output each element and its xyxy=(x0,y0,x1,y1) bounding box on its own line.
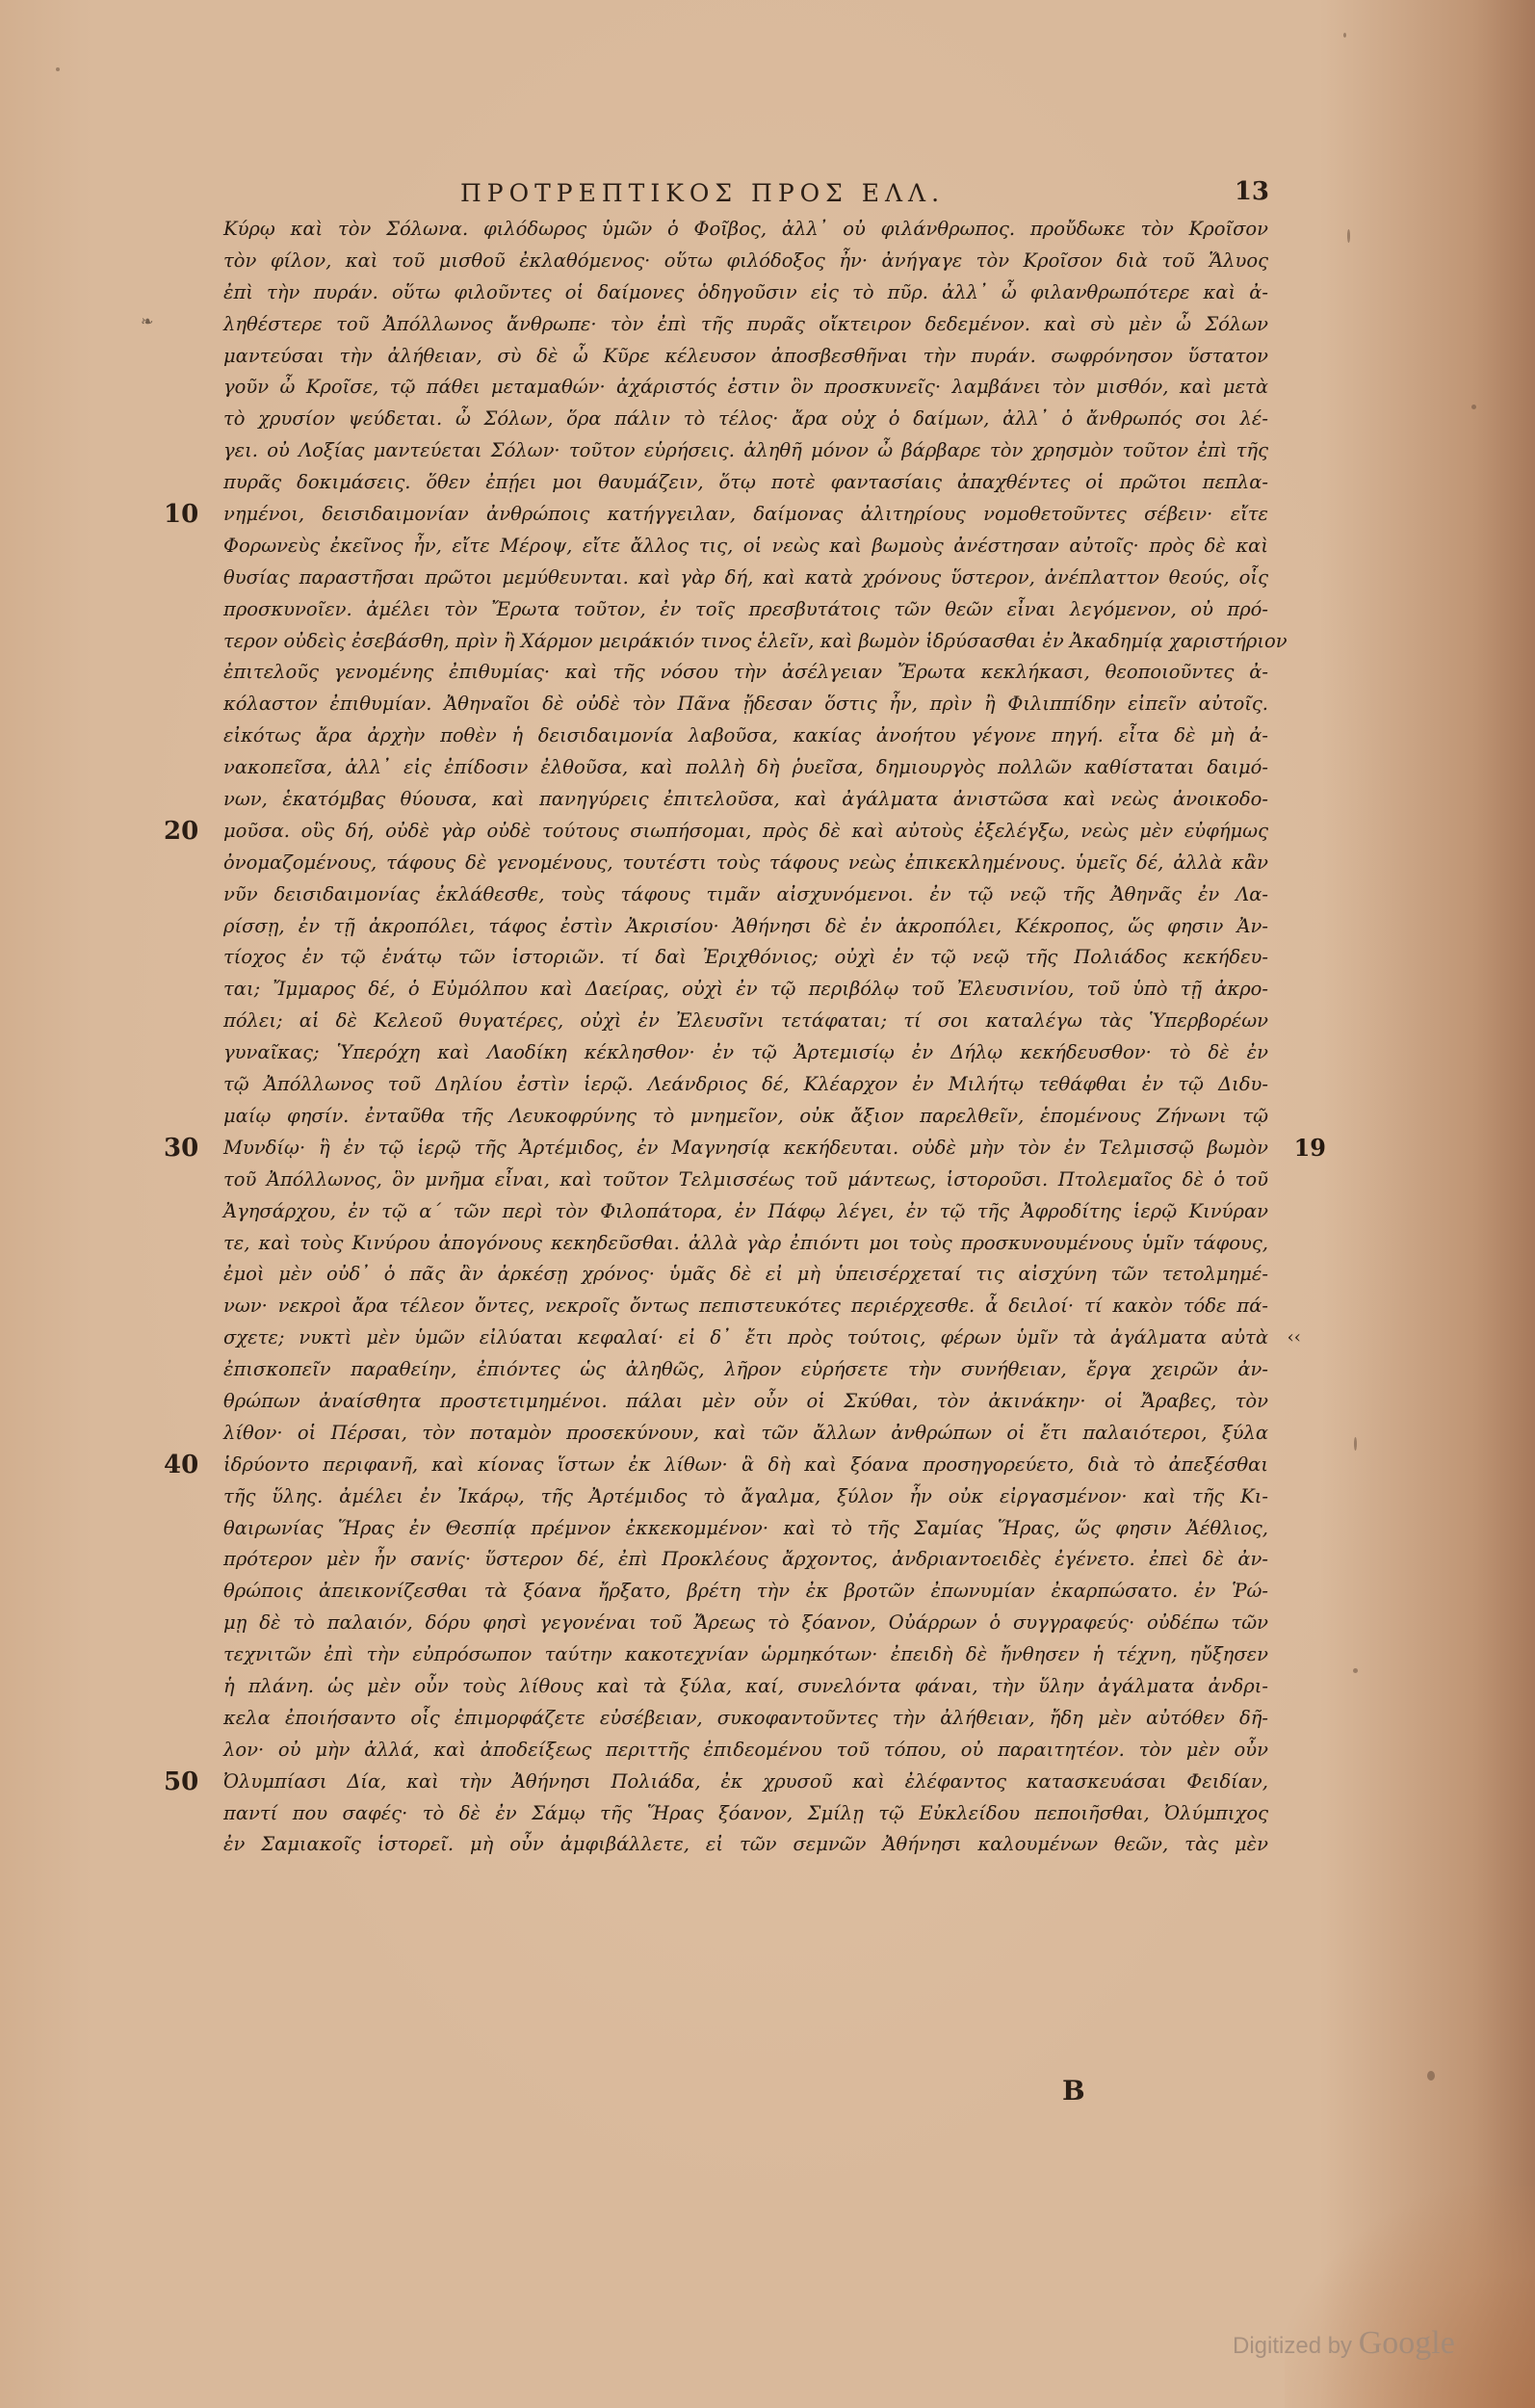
text-line: πυρᾶς δοκιμάσεις. ὅθεν ἐπῄει μοι θαυμάζε… xyxy=(223,467,1268,499)
line-text: Φορωνεὺς ἐκεῖνος ἦν, εἴτε Μέροψ, εἴτε ἄλ… xyxy=(223,535,1268,557)
water-stain xyxy=(1285,2186,1535,2408)
margin-quote-mark: ‹‹ xyxy=(1288,1322,1301,1354)
text-line: Κύρῳ καὶ τὸν Σόλωνα. φιλόδωρος ὑμῶν ὁ Φο… xyxy=(223,214,1268,246)
line-text: λον· οὐ μὴν ἀλλά, καὶ ἀποδείξεως περιττῆ… xyxy=(223,1739,1268,1761)
line-text: γυναῖκας; Ὑπερόχη καὶ Λαοδίκη κέκλησθον·… xyxy=(223,1041,1268,1063)
line-text: λίθον· οἱ Πέρσαι, τὸν ποταμὸν προσεκύνου… xyxy=(223,1422,1268,1444)
line-text: τὸν φίλον, καὶ τοῦ μισθοῦ ἐκλαθόμενος· ο… xyxy=(223,249,1268,272)
text-line: ληθέστερε τοῦ Ἀπόλλωνος ἄνθρωπε· τὸν ἐπὶ… xyxy=(223,309,1268,341)
line-text: πυρᾶς δοκιμάσεις. ὅθεν ἐπῄει μοι θαυμάζε… xyxy=(223,471,1268,493)
line-text: μῃ δὲ τὸ παλαιόν, δόρυ φησὶ γεγονέναι το… xyxy=(223,1611,1268,1634)
text-line: τῆς ὕλης. ἀμέλει ἐν Ἰκάρῳ, τῆς Ἀρτέμιδος… xyxy=(223,1481,1268,1513)
text-line: ται; Ἴμμαρος δέ, ὁ Εὐμόλπου καὶ Δαείρας,… xyxy=(223,974,1268,1006)
text-line: 50Ὀλυμπίασι Δία, καὶ τὴν Ἀθήνησι Πολιάδα… xyxy=(223,1767,1268,1798)
watermark-prefix: Digitized by xyxy=(1233,2333,1359,2359)
text-line: μῃ δὲ τὸ παλαιόν, δόρυ φησὶ γεγονέναι το… xyxy=(223,1608,1268,1639)
signature-mark: B xyxy=(1062,2075,1085,2107)
line-text: μαίῳ φησίν. ἐνταῦθα τῆς Λευκοφρύνης τὸ μ… xyxy=(223,1105,1268,1127)
line-text: τοῦ Ἀπόλλωνος, ὃν μνῆμα εἶναι, καὶ τοῦτο… xyxy=(223,1168,1268,1191)
line-text: ἐπιτελοῦς γενομένης ἐπιθυμίας· καὶ τῆς ν… xyxy=(223,661,1268,683)
line-text: τερον οὐδεὶς ἐσεβάσθη, πρὶν ἢ Χάρμον μει… xyxy=(223,630,1288,652)
text-line: τῷ Ἀπόλλωνος τοῦ Δηλίου ἐστὶν ἱερῷ. Λεάν… xyxy=(223,1069,1268,1101)
paper-speck xyxy=(56,67,60,71)
text-line: ἐπισκοπεῖν παραθείην, ἐπιόντες ὡς ἀληθῶς… xyxy=(223,1354,1268,1386)
text-line: θρώποις ἀπεικονίζεσθαι τὰ ξόανα ἤρξατο, … xyxy=(223,1576,1268,1608)
running-title: ΠΡΟΤΡΕΠΤΙΚΟΣ ΠΡΟΣ ΕΛΛ. xyxy=(460,179,945,207)
line-text: γει. οὐ Λοξίας μαντεύεται Σόλων· τοῦτον … xyxy=(223,439,1268,461)
line-text: Κύρῳ καὶ τὸν Σόλωνα. φιλόδωρος ὑμῶν ὁ Φο… xyxy=(223,218,1268,240)
text-line: Φορωνεὺς ἐκεῖνος ἦν, εἴτε Μέροψ, εἴτε ἄλ… xyxy=(223,531,1268,563)
text-line: ἐπὶ τὴν πυράν. οὕτω φιλοῦντες οἱ δαίμονε… xyxy=(223,277,1268,309)
paper-speck xyxy=(1343,33,1346,38)
margin-reference-number: 19 xyxy=(1294,1133,1326,1165)
line-text: νῦν δεισιδαιμονίας ἐκλάθεσθε, τοὺς τάφου… xyxy=(223,883,1268,905)
line-text: σχετε; νυκτὶ μὲν ὑμῶν εἰλύαται κεφαλαί· … xyxy=(223,1326,1268,1348)
line-text: μαντεύσαι τὴν ἀλήθειαν, σὺ δὲ ὦ Κῦρε κέλ… xyxy=(223,345,1268,367)
text-line: πόλει; αἱ δὲ Κελεοῦ θυγατέρες, οὐχὶ ἐν Ἐ… xyxy=(223,1006,1268,1037)
line-text: παντί που σαφές· τὸ δὲ ἐν Σάμῳ τῆς Ἥρας … xyxy=(223,1802,1268,1824)
text-line: νακοπεῖσα, ἀλλ᾽ εἰς ἐπίδοσιν ἐλθοῦσα, κα… xyxy=(223,752,1268,784)
text-line: ἐμοὶ μὲν οὐδ᾽ ὁ πᾶς ἂν ἀρκέσῃ χρόνος· ὑμ… xyxy=(223,1259,1268,1291)
text-line: Ἀγησάρχου, ἐν τῷ α΄ τῶν περὶ τὸν Φιλοπάτ… xyxy=(223,1196,1268,1228)
text-line: λίθον· οἱ Πέρσαι, τὸν ποταμὸν προσεκύνου… xyxy=(223,1418,1268,1450)
margin-ornament-icon: ❧ xyxy=(141,312,153,330)
text-line: εἰκότως ἄρα ἀρχὴν ποθὲν ἡ δεισιδαιμονία … xyxy=(223,720,1268,752)
line-text: Ὀλυμπίασι Δία, καὶ τὴν Ἀθήνησι Πολιάδα, … xyxy=(223,1770,1268,1793)
text-line: θυσίας παραστῆσαι πρῶτοι μεμύθευνται. κα… xyxy=(223,563,1268,594)
text-line: νων· νεκροὶ ἄρα τέλεον ὄντες, νεκροῖς ὄν… xyxy=(223,1291,1268,1322)
text-line: 30Μυνδίῳ· ἣ ἐν τῷ ἱερῷ τῆς Ἀρτέμιδος, ἐν… xyxy=(223,1133,1268,1165)
line-text: τίοχος ἐν τῷ ἐνάτῳ τῶν ἱστοριῶν. τί δαὶ … xyxy=(223,946,1268,968)
text-line: 40ἱδρύοντο περιφανῆ, καὶ κίονας ἵστων ἐκ… xyxy=(223,1450,1268,1481)
text-line: μαίῳ φησίν. ἐνταῦθα τῆς Λευκοφρύνης τὸ μ… xyxy=(223,1101,1268,1133)
text-line: μαντεύσαι τὴν ἀλήθειαν, σὺ δὲ ὦ Κῦρε κέλ… xyxy=(223,341,1268,373)
digitized-by-watermark: Digitized by Google xyxy=(1233,2325,1455,2362)
watermark-brand: Google xyxy=(1359,2325,1455,2361)
line-text: προσκυνοῖεν. ἀμέλει τὸν Ἔρωτα τοῦτον, ἐν… xyxy=(223,598,1268,620)
paper-speck xyxy=(1353,1668,1358,1673)
text-line: τερον οὐδεὶς ἐσεβάσθη, πρὶν ἢ Χάρμον μει… xyxy=(223,626,1268,658)
text-line: ἡ πλάνη. ὡς μὲν οὖν τοὺς λίθους καὶ τὰ ξ… xyxy=(223,1671,1268,1703)
line-text: Μυνδίῳ· ἣ ἐν τῷ ἱερῷ τῆς Ἀρτέμιδος, ἐν Μ… xyxy=(223,1137,1268,1159)
line-text: ἱδρύοντο περιφανῆ, καὶ κίονας ἵστων ἐκ λ… xyxy=(223,1453,1268,1476)
line-text: τὸ χρυσίον ψεύδεται. ὦ Σόλων, ὅρα πάλιν … xyxy=(223,407,1268,430)
text-line: τεχνιτῶν ἐπὶ τὴν εὐπρόσωπον ταύτην κακοτ… xyxy=(223,1639,1268,1671)
text-line: 10νημένοι, δεισιδαιμονίαν ἀνθρώποις κατή… xyxy=(223,499,1268,531)
line-text: ἐν Σαμιακοῖς ἱστορεῖ. μὴ οὖν ἀμφιβάλλετε… xyxy=(223,1833,1268,1855)
line-text: νακοπεῖσα, ἀλλ᾽ εἰς ἐπίδοσιν ἐλθοῦσα, κα… xyxy=(223,756,1268,778)
text-line: ὀνομαζομένους, τάφους δὲ γενομένους, του… xyxy=(223,848,1268,879)
line-text: τῷ Ἀπόλλωνος τοῦ Δηλίου ἐστὶν ἱερῷ. Λεάν… xyxy=(223,1073,1268,1095)
line-text: τῆς ὕλης. ἀμέλει ἐν Ἰκάρῳ, τῆς Ἀρτέμιδος… xyxy=(223,1485,1268,1507)
line-number: 40 xyxy=(164,1450,212,1481)
text-line: ἐν Σαμιακοῖς ἱστορεῖ. μὴ οὖν ἀμφιβάλλετε… xyxy=(223,1829,1268,1861)
text-line: νων, ἑκατόμβας θύουσα, καὶ πανηγύρεις ἐπ… xyxy=(223,784,1268,816)
line-text: τεχνιτῶν ἐπὶ τὴν εὐπρόσωπον ταύτην κακοτ… xyxy=(223,1643,1268,1665)
line-text: ληθέστερε τοῦ Ἀπόλλωνος ἄνθρωπε· τὸν ἐπὶ… xyxy=(223,313,1268,335)
text-line: τοῦ Ἀπόλλωνος, ὃν μνῆμα εἶναι, καὶ τοῦτο… xyxy=(223,1165,1268,1196)
line-text: θρώποις ἀπεικονίζεσθαι τὰ ξόανα ἤρξατο, … xyxy=(223,1580,1268,1602)
line-text: μοῦσα. οὓς δή, οὐδὲ γὰρ οὐδὲ τούτους σιω… xyxy=(223,820,1268,842)
line-text: νημένοι, δεισιδαιμονίαν ἀνθρώποις κατήγγ… xyxy=(223,503,1268,525)
text-line: τε, καὶ τοὺς Κινύρου ἀπογόνους κεκηδεῦσθ… xyxy=(223,1228,1268,1260)
text-line: κελα ἐποιήσαντο οἷς ἐπιμορφάζετε εὐσέβει… xyxy=(223,1703,1268,1735)
text-line: πρότερον μὲν ἦν σανίς· ὕστερον δέ, ἐπὶ Π… xyxy=(223,1544,1268,1576)
line-text: νων, ἑκατόμβας θύουσα, καὶ πανηγύρεις ἐπ… xyxy=(223,788,1268,810)
text-line: ρίσσῃ, ἐν τῇ ἀκροπόλει, τάφος ἐστὶν Ἀκρι… xyxy=(223,911,1268,943)
line-text: νων· νεκροὶ ἄρα τέλεον ὄντες, νεκροῖς ὄν… xyxy=(223,1295,1268,1317)
text-line: τὸν φίλον, καὶ τοῦ μισθοῦ ἐκλαθόμενος· ο… xyxy=(223,246,1268,277)
line-text: κελα ἐποιήσαντο οἷς ἐπιμορφάζετε εὐσέβει… xyxy=(223,1707,1268,1729)
line-text: Ἀγησάρχου, ἐν τῷ α΄ τῶν περὶ τὸν Φιλοπάτ… xyxy=(223,1200,1268,1222)
paper-speck xyxy=(1347,229,1350,243)
text-line: προσκυνοῖεν. ἀμέλει τὸν Ἔρωτα τοῦτον, ἐν… xyxy=(223,594,1268,626)
line-number: 30 xyxy=(164,1133,212,1165)
text-line: παντί που σαφές· τὸ δὲ ἐν Σάμῳ τῆς Ἥρας … xyxy=(223,1798,1268,1830)
text-line: σχετε; νυκτὶ μὲν ὑμῶν εἰλύαται κεφαλαί· … xyxy=(223,1322,1268,1354)
text-line: θαιρωνίας Ἥρας ἐν Θεσπίᾳ πρέμνον ἐκκεκομ… xyxy=(223,1513,1268,1545)
line-text: ἐμοὶ μὲν οὐδ᾽ ὁ πᾶς ἂν ἀρκέσῃ χρόνος· ὑμ… xyxy=(223,1263,1268,1285)
line-number: 50 xyxy=(164,1767,212,1798)
paper-speck xyxy=(1471,405,1476,409)
line-text: γοῦν ὦ Κροῖσε, τῷ πάθει μεταμαθών· ἀχάρι… xyxy=(223,376,1268,398)
line-text: πρότερον μὲν ἦν σανίς· ὕστερον δέ, ἐπὶ Π… xyxy=(223,1548,1268,1570)
line-text: ἡ πλάνη. ὡς μὲν οὖν τοὺς λίθους καὶ τὰ ξ… xyxy=(223,1675,1268,1697)
paper-speck xyxy=(1354,1437,1357,1451)
line-text: ἐπισκοπεῖν παραθείην, ἐπιόντες ὡς ἀληθῶς… xyxy=(223,1358,1268,1380)
page-number: 13 xyxy=(1235,177,1269,206)
text-line: τὸ χρυσίον ψεύδεται. ὦ Σόλων, ὅρα πάλιν … xyxy=(223,404,1268,435)
text-line: θρώπων ἀναίσθητα προστετιμημένοι. πάλαι … xyxy=(223,1386,1268,1418)
line-text: πόλει; αἱ δὲ Κελεοῦ θυγατέρες, οὐχὶ ἐν Ἐ… xyxy=(223,1009,1268,1032)
paper-speck xyxy=(1427,2071,1435,2081)
line-text: θυσίας παραστῆσαι πρῶτοι μεμύθευνται. κα… xyxy=(223,566,1268,589)
text-line: γει. οὐ Λοξίας μαντεύεται Σόλων· τοῦτον … xyxy=(223,435,1268,467)
line-text: ται; Ἴμμαρος δέ, ὁ Εὐμόλπου καὶ Δαείρας,… xyxy=(223,978,1268,1000)
line-text: εἰκότως ἄρα ἀρχὴν ποθὲν ἡ δεισιδαιμονία … xyxy=(223,724,1268,746)
line-text: ἐπὶ τὴν πυράν. οὕτω φιλοῦντες οἱ δαίμονε… xyxy=(223,281,1268,303)
text-line: γυναῖκας; Ὑπερόχη καὶ Λαοδίκη κέκλησθον·… xyxy=(223,1037,1268,1069)
line-text: κόλαστον ἐπιθυμίαν. Ἀθηναῖοι δὲ οὐδὲ τὸν… xyxy=(223,693,1268,715)
text-line: λον· οὐ μὴν ἀλλά, καὶ ἀποδείξεως περιττῆ… xyxy=(223,1735,1268,1767)
text-line: γοῦν ὦ Κροῖσε, τῷ πάθει μεταμαθών· ἀχάρι… xyxy=(223,372,1268,404)
line-text: ρίσσῃ, ἐν τῇ ἀκροπόλει, τάφος ἐστὶν Ἀκρι… xyxy=(223,915,1268,937)
text-line: κόλαστον ἐπιθυμίαν. Ἀθηναῖοι δὲ οὐδὲ τὸν… xyxy=(223,689,1268,720)
line-text: θρώπων ἀναίσθητα προστετιμημένοι. πάλαι … xyxy=(223,1390,1268,1412)
text-line: τίοχος ἐν τῷ ἐνάτῳ τῶν ἱστοριῶν. τί δαὶ … xyxy=(223,942,1268,974)
line-number: 20 xyxy=(164,816,212,848)
line-text: ὀνομαζομένους, τάφους δὲ γενομένους, του… xyxy=(223,851,1268,874)
greek-text-block: Κύρῳ καὶ τὸν Σόλωνα. φιλόδωρος ὑμῶν ὁ Φο… xyxy=(223,214,1268,1861)
line-number: 10 xyxy=(164,499,212,531)
text-line: 20μοῦσα. οὓς δή, οὐδὲ γὰρ οὐδὲ τούτους σ… xyxy=(223,816,1268,848)
text-line: ἐπιτελοῦς γενομένης ἐπιθυμίας· καὶ τῆς ν… xyxy=(223,657,1268,689)
text-line: νῦν δεισιδαιμονίας ἐκλάθεσθε, τοὺς τάφου… xyxy=(223,879,1268,911)
running-head: ΠΡΟΤΡΕΠΤΙΚΟΣ ΠΡΟΣ ΕΛΛ. 13 xyxy=(422,179,1269,218)
line-text: τε, καὶ τοὺς Κινύρου ἀπογόνους κεκηδεῦσθ… xyxy=(223,1232,1268,1254)
line-text: θαιρωνίας Ἥρας ἐν Θεσπίᾳ πρέμνον ἐκκεκομ… xyxy=(223,1517,1268,1539)
